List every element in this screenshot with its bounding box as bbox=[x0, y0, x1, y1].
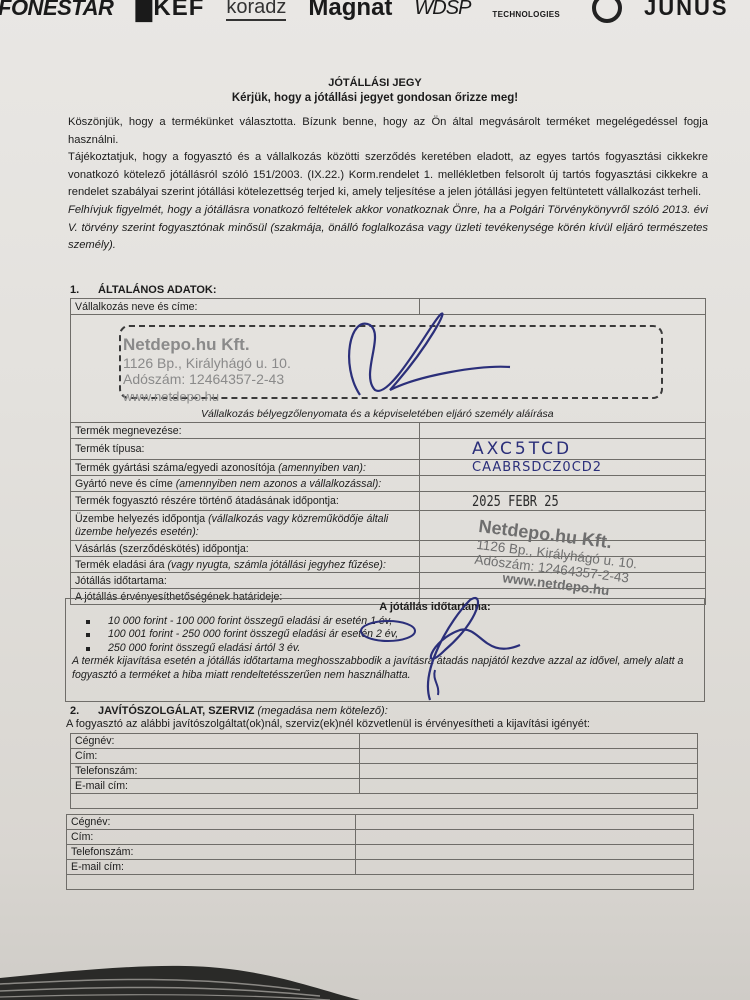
service-intro: A fogyasztó az alábbi javítószolgáltat(o… bbox=[66, 718, 590, 730]
table-row: Vállalkozás neve és címe: bbox=[71, 299, 706, 315]
purchase-date-label: Vásárlás (szerződéskötés) időpontja: bbox=[71, 541, 420, 557]
stamp-tax-number: Adószám: 12464357-2-43 bbox=[123, 371, 291, 387]
service1-phone-field[interactable] bbox=[360, 764, 698, 779]
logo-junus: JUNUS bbox=[644, 0, 729, 21]
table-row: E-mail cím: bbox=[71, 779, 698, 794]
service1-company-field[interactable] bbox=[360, 734, 698, 749]
logo-ring-icon bbox=[592, 0, 622, 23]
service-table-2: Cégnév: Cím: Telefonszám: E-mail cím: bbox=[66, 814, 694, 890]
section2-title: JAVÍTÓSZOLGÁLAT, SZERVIZ bbox=[98, 705, 254, 717]
duration-item-2-year: 100 001 forint - 250 000 forint összegű … bbox=[86, 628, 704, 642]
service2-email-label: E-mail cím: bbox=[67, 860, 356, 875]
table-row: Cím: bbox=[67, 830, 694, 845]
section2-heading: 2.JAVÍTÓSZOLGÁLAT, SZERVIZ (megadása nem… bbox=[70, 705, 388, 717]
handwritten-serial-number: CAABRSDCZ0CD2 bbox=[472, 460, 602, 475]
stamp-caption: Vállalkozás bélyegzőlenyomata és a képvi… bbox=[201, 408, 554, 420]
service2-company-label: Cégnév: bbox=[67, 815, 356, 830]
duration-item-3-year: 250 000 forint összegű eladási ártól 3 é… bbox=[86, 642, 704, 656]
section1-heading: 1.ÁLTALÁNOS ADATOK: bbox=[70, 284, 217, 296]
table-row: Termék fogyasztó részére történő átadásá… bbox=[71, 492, 706, 511]
handover-date-label: Termék fogyasztó részére történő átadásá… bbox=[71, 492, 420, 511]
logo-koradz: koradz bbox=[226, 0, 286, 21]
logo-technologies: TECHNOLOGIES bbox=[492, 10, 560, 19]
duration-item-1-year: 10 000 forint - 100 000 forint összegű e… bbox=[86, 615, 704, 629]
service1-email-field[interactable] bbox=[360, 779, 698, 794]
warranty-card-page: FONESTAR █KEF koradz Magnat WDSP TECHNOL… bbox=[0, 0, 750, 1000]
manufacturer-label-note: (amennyiben nem azonos a vállalkozással)… bbox=[176, 478, 382, 490]
company-label-blank bbox=[420, 299, 706, 315]
logo-magnat: Magnat bbox=[308, 0, 392, 22]
section1-number: 1. bbox=[70, 284, 98, 296]
warranty-duration-box: A jótállás időtartama: 10 000 forint - 1… bbox=[65, 598, 705, 702]
service1-phone-label: Telefonszám: bbox=[71, 764, 360, 779]
duration-list: 10 000 forint - 100 000 forint összegű e… bbox=[66, 615, 704, 656]
table-row: E-mail cím: bbox=[67, 860, 694, 875]
company-label: Vállalkozás neve és címe: bbox=[71, 299, 420, 315]
serial-label-note: (amennyiben van): bbox=[278, 462, 366, 474]
table-row bbox=[71, 794, 698, 809]
service2-spacer-row bbox=[67, 875, 694, 890]
product-name-label: Termék megnevezése: bbox=[71, 423, 420, 439]
manufacturer-label: Gyártó neve és címe (amennyiben nem azon… bbox=[71, 476, 420, 492]
stamp-website: www.netdepo.hu bbox=[123, 389, 291, 404]
logo-kef-text: KEF bbox=[153, 0, 204, 22]
cable-bundle-icon bbox=[0, 960, 360, 1000]
stamp-address: 1126 Bp., Királyhágó u. 10. bbox=[123, 355, 291, 371]
table-row: Gyártó neve és címe (amennyiben nem azon… bbox=[71, 476, 706, 492]
document-title: JÓTÁLLÁSI JEGY bbox=[0, 77, 750, 89]
document-subtitle: Kérjük, hogy a jótállási jegyet gondosan… bbox=[0, 92, 750, 104]
price-label-text: Termék eladási ára bbox=[75, 559, 167, 571]
service2-phone-field[interactable] bbox=[356, 845, 694, 860]
duration-footer: A termék kijavítása esetén a jótállás id… bbox=[66, 655, 704, 682]
table-row: Cégnév: bbox=[71, 734, 698, 749]
table-row: Termék típusa: AXC5TCD bbox=[71, 439, 706, 460]
service1-address-field[interactable] bbox=[360, 749, 698, 764]
price-label-note: (vagy nyugta, számla jótállási jegyhez f… bbox=[167, 559, 385, 571]
table-row: Cím: bbox=[71, 749, 698, 764]
duration-title: A jótállás időtartama: bbox=[66, 601, 704, 615]
section2-number: 2. bbox=[70, 705, 98, 717]
date-stamp: 2025 FEBR 25 bbox=[472, 492, 559, 510]
table-row: Cégnév: bbox=[67, 815, 694, 830]
table-row: Termék megnevezése: bbox=[71, 423, 706, 439]
intro-paragraph-thanks: Köszönjük, hogy a termékünket választott… bbox=[68, 114, 708, 149]
intro-text: Köszönjük, hogy a termékünket választott… bbox=[68, 114, 708, 255]
serial-label-text: Termék gyártási száma/egyedi azonosítója bbox=[75, 462, 278, 474]
intro-paragraph-legal: Tájékoztatjuk, hogy a fogyasztó és a vál… bbox=[68, 149, 708, 202]
installation-date-label: Üzembe helyezés időpontja (vállalkozás v… bbox=[71, 511, 420, 541]
section2-note: (megadása nem kötelező): bbox=[258, 705, 388, 717]
handwritten-product-type: AXC5TCD bbox=[472, 439, 572, 459]
price-label: Termék eladási ára (vagy nyugta, számla … bbox=[71, 557, 420, 573]
service2-address-label: Cím: bbox=[67, 830, 356, 845]
serial-number-field[interactable]: CAABRSDCZ0CD2 bbox=[420, 460, 706, 476]
table-row: Telefonszám: bbox=[67, 845, 694, 860]
service-table-1: Cégnév: Cím: Telefonszám: E-mail cím: bbox=[70, 733, 698, 809]
service2-phone-label: Telefonszám: bbox=[67, 845, 356, 860]
stamp-company-name: Netdepo.hu Kft. bbox=[123, 335, 291, 355]
service1-company-label: Cégnév: bbox=[71, 734, 360, 749]
warranty-duration-label: Jótállás időtartama: bbox=[71, 573, 420, 589]
product-type-label: Termék típusa: bbox=[71, 439, 420, 460]
company-stamp-cell[interactable]: Netdepo.hu Kft. 1126 Bp., Királyhágó u. … bbox=[71, 315, 706, 423]
intro-paragraph-consumer: Felhívjuk figyelmét, hogy a jótállásra v… bbox=[68, 202, 708, 255]
logo-fonestar: FONESTAR bbox=[0, 0, 113, 21]
table-row: Telefonszám: bbox=[71, 764, 698, 779]
table-row: Termék gyártási száma/egyedi azonosítója… bbox=[71, 460, 706, 476]
section1-title: ÁLTALÁNOS ADATOK: bbox=[98, 284, 217, 296]
logo-wdsp: WDSP bbox=[414, 0, 470, 20]
service1-spacer-row bbox=[71, 794, 698, 809]
service1-email-label: E-mail cím: bbox=[71, 779, 360, 794]
service2-email-field[interactable] bbox=[356, 860, 694, 875]
handover-date-field[interactable]: 2025 FEBR 25 bbox=[420, 492, 706, 511]
manufacturer-field[interactable] bbox=[420, 476, 706, 492]
logo-kef: █KEF bbox=[135, 0, 204, 22]
installation-label-text: Üzembe helyezés időpontja bbox=[75, 513, 208, 525]
service2-company-field[interactable] bbox=[356, 815, 694, 830]
product-type-field[interactable]: AXC5TCD bbox=[420, 439, 706, 460]
serial-number-label: Termék gyártási száma/egyedi azonosítója… bbox=[71, 460, 420, 476]
table-row: Netdepo.hu Kft. 1126 Bp., Királyhágó u. … bbox=[71, 315, 706, 423]
manufacturer-label-text: Gyártó neve és címe bbox=[75, 478, 176, 490]
service1-address-label: Cím: bbox=[71, 749, 360, 764]
table-row bbox=[67, 875, 694, 890]
service2-address-field[interactable] bbox=[356, 830, 694, 845]
brand-logos: FONESTAR █KEF koradz Magnat WDSP TECHNOL… bbox=[0, 0, 750, 24]
company-stamp: Netdepo.hu Kft. 1126 Bp., Királyhágó u. … bbox=[123, 335, 291, 404]
product-name-field[interactable] bbox=[420, 423, 706, 439]
